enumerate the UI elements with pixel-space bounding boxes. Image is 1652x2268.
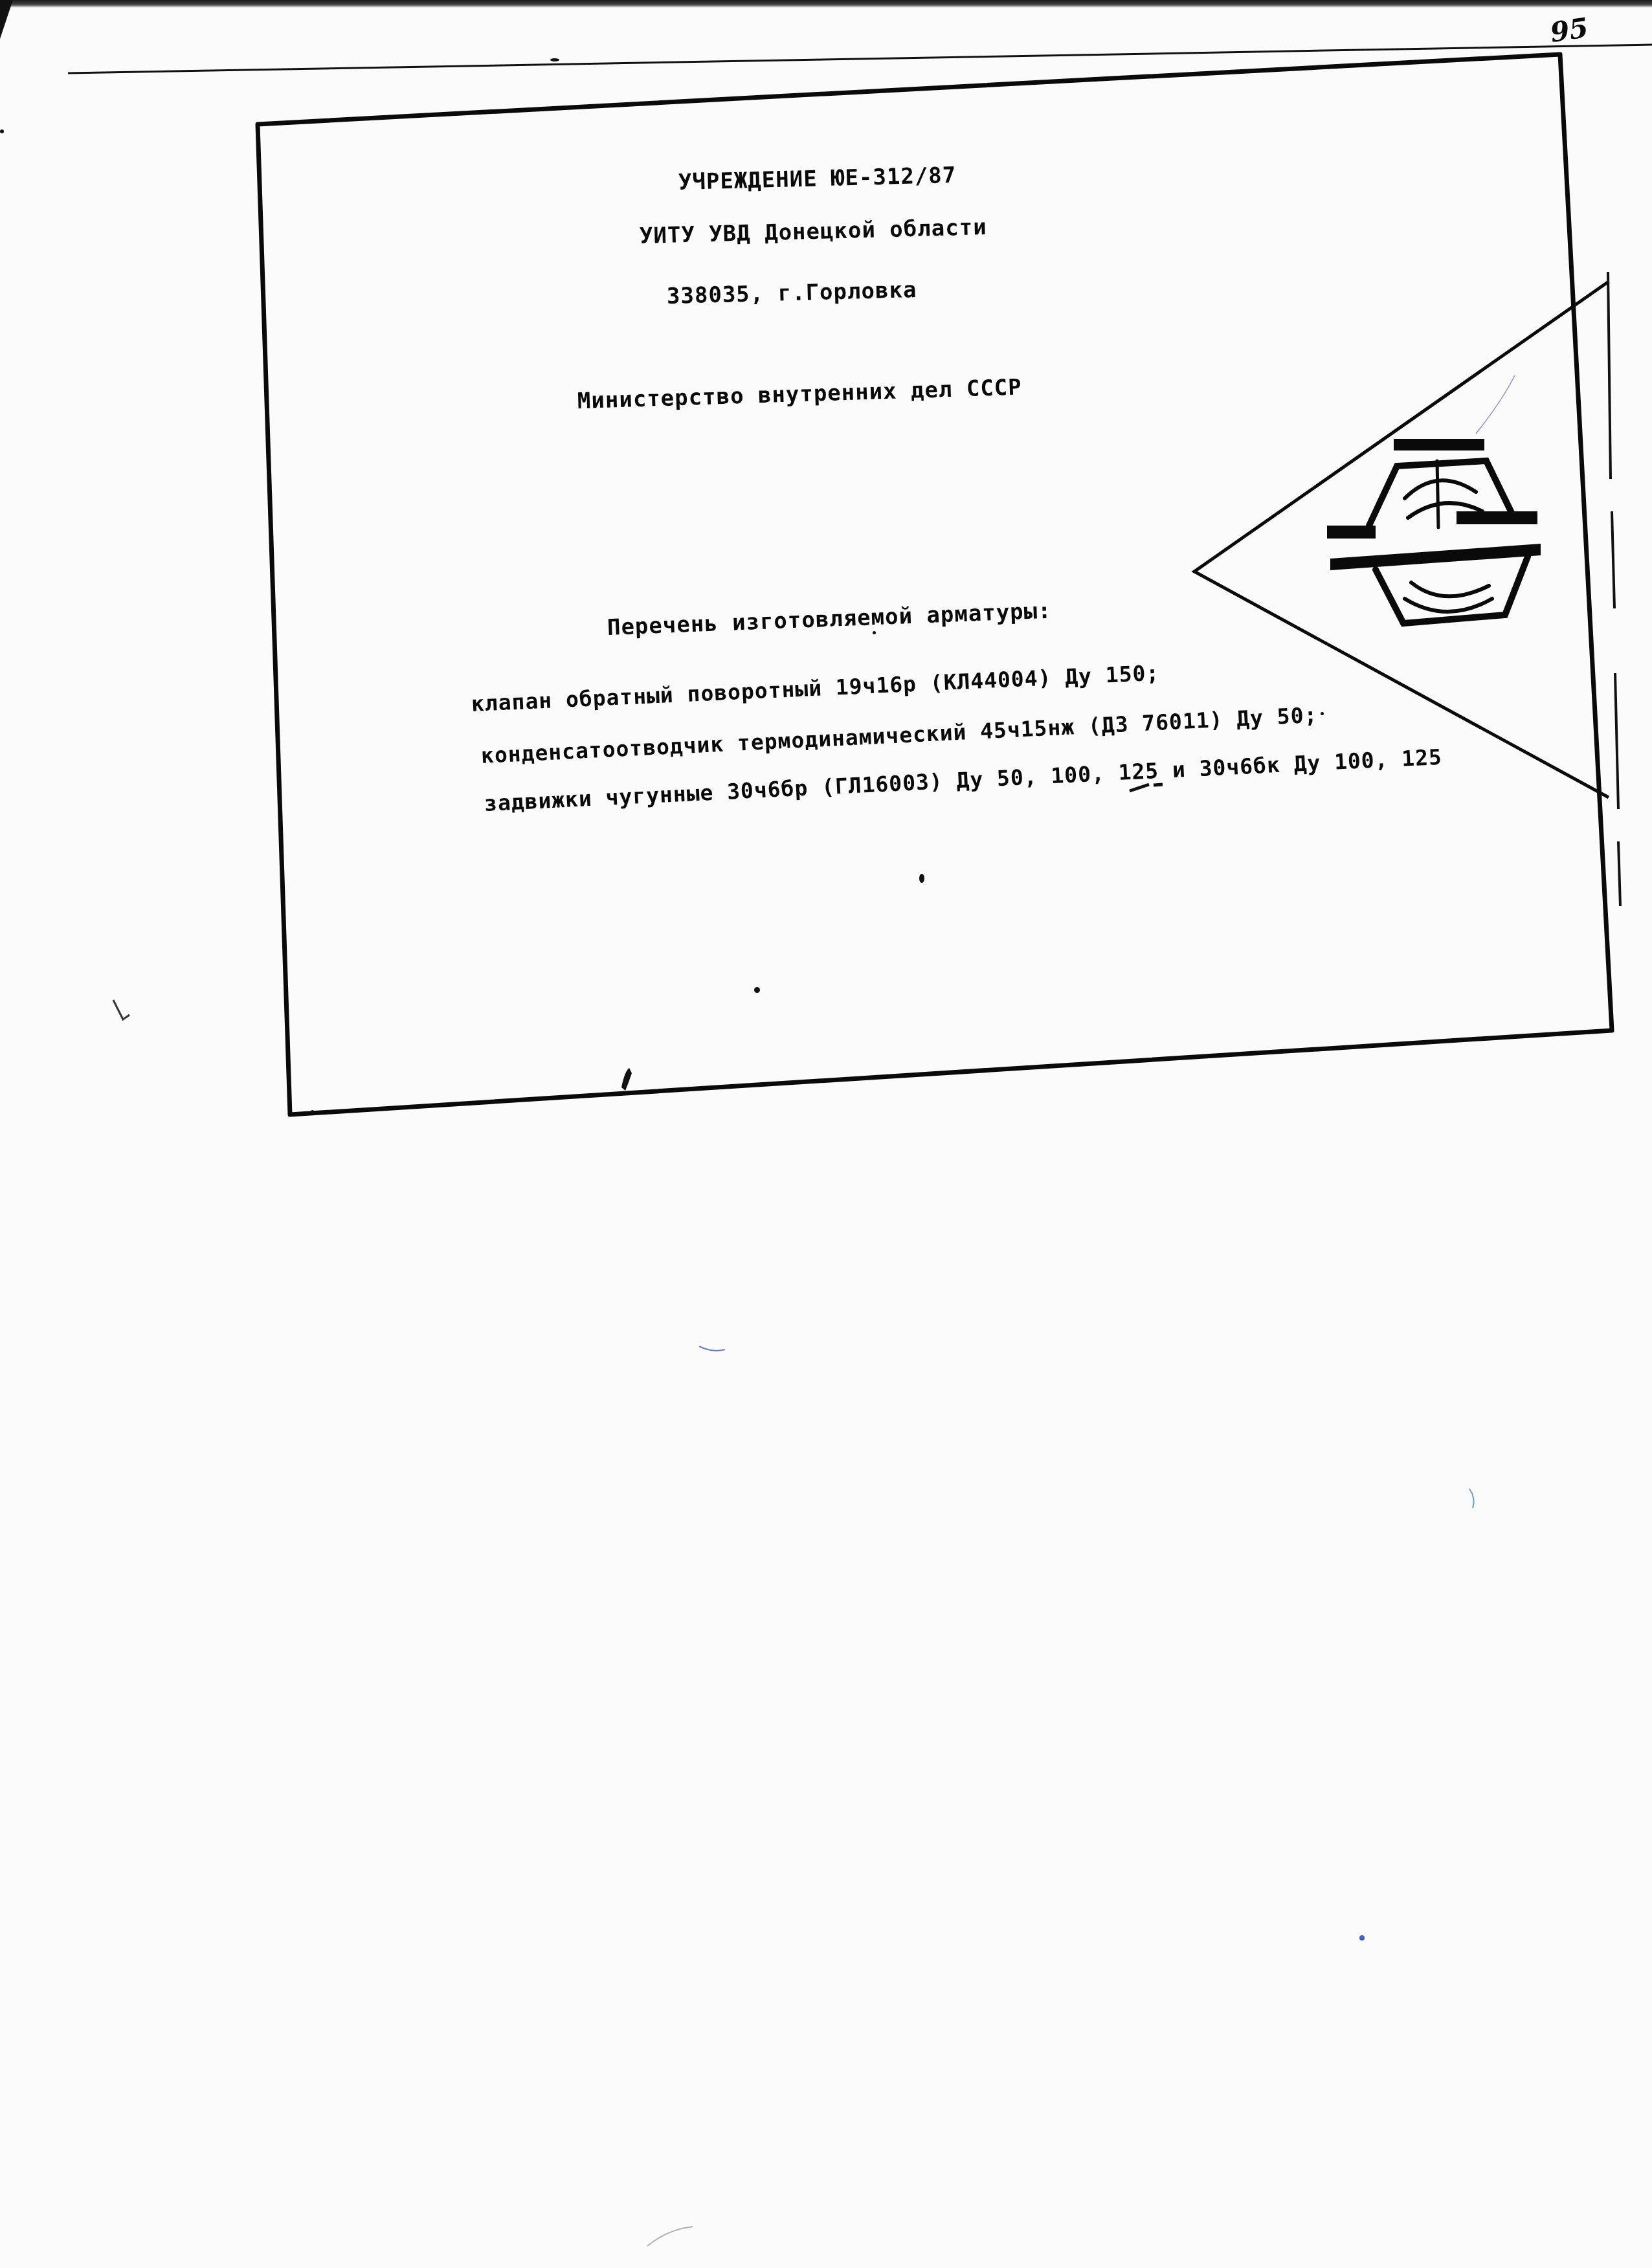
scan-speck: [550, 58, 559, 61]
scan-speck: [873, 631, 876, 634]
document-frame-graphics: [0, 0, 1652, 2268]
scan-speck: [1359, 1935, 1365, 1940]
valve-emblem-icon: [1327, 439, 1541, 623]
top-rule-line: [68, 45, 1652, 73]
scan-speck: [1321, 712, 1324, 715]
scan-speck: [754, 987, 760, 993]
document-frame: [258, 54, 1612, 1115]
scan-speck: [919, 874, 924, 883]
scan-speck: [0, 129, 4, 133]
page-number: 95: [1548, 12, 1591, 49]
scan-speck: [311, 1110, 314, 1113]
